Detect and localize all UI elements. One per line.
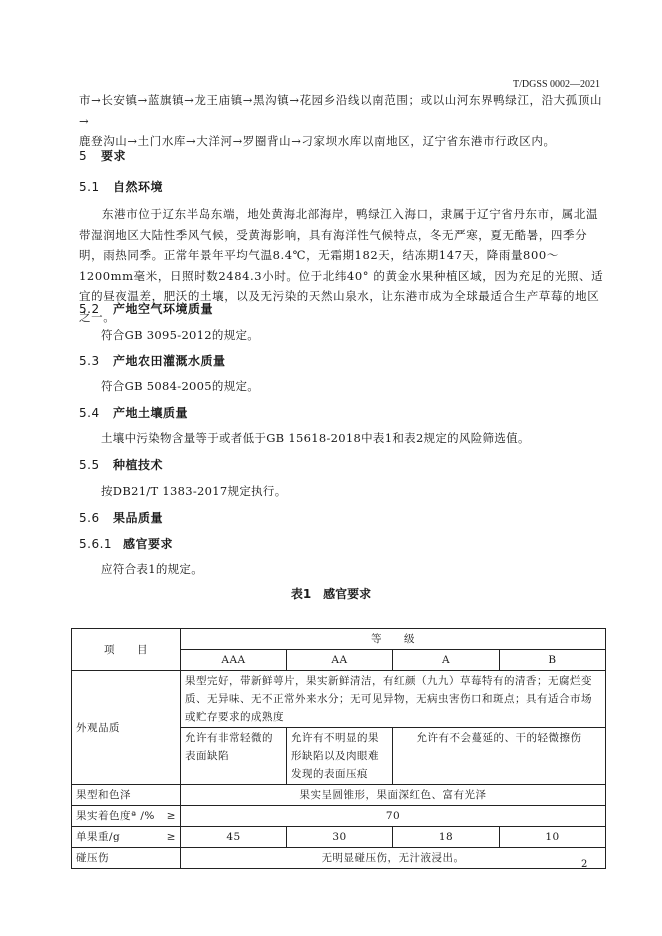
heading-5-4: 5.4产地土壤质量 [79,404,188,421]
paragraph-5-3: 符合GB 5084-2005的规定。 [101,378,259,394]
table-row: 碰压伤 无明显碰压伤，无汁液浸出。 [72,848,606,869]
shape-color-label: 果型和色泽 [72,785,181,806]
heading-5-2: 5.2产地空气环境质量 [79,300,213,317]
table-header-row: 项 目 等 级 [72,629,606,650]
intro-paragraph: 市→长安镇→蓝旗镇→龙王庙镇→黑沟镇→花园乡沿线以南范围；或以山河东界鸭绿江，沿… [79,90,606,152]
appearance-label: 外观品质 [72,671,181,785]
intro-line-2: 鹿登沟山→土门水库→大洋河→罗圈背山→刁家坝水库以南地区，辽宁省东港市行政区内。 [79,131,606,152]
header-grade: 等 级 [181,629,606,650]
bruise-value: 无明显碰压伤，无汁液浸出。 [181,848,606,869]
bruise-label: 碰压伤 [72,848,181,869]
table-row: 果实着色度ª /%≥ 70 [72,806,606,827]
grade-aaa: AAA [181,650,287,671]
heading-5-5: 5.5种植技术 [79,456,163,473]
weight-label: 单果重/g≥ [72,827,181,848]
table-row: 单果重/g≥ 45 30 18 10 [72,827,606,848]
header-item: 项 目 [72,629,181,671]
coloring-value: 70 [181,806,606,827]
table-row: 外观品质 果型完好，带新鲜萼片，果实新鲜清洁，有红颜（九九）草莓特有的清香；无腐… [72,671,606,728]
heading-5-6: 5.6果品质量 [79,509,163,526]
table-caption: 表1 感官要求 [0,585,662,602]
appearance-a-b: 允许有不会蔓延的、干的轻微擦伤 [393,728,606,785]
document-id: T/DGSS 0002—2021 [513,79,600,90]
weight-b: 10 [500,827,606,848]
sensory-requirements-table: 项 目 等 级 AAA AA A B 外观品质 果型完好，带新鲜萼片，果实新鲜清… [71,628,606,869]
intro-line-1: 市→长安镇→蓝旗镇→龙王庙镇→黑沟镇→花园乡沿线以南范围；或以山河东界鸭绿江，沿… [79,90,606,131]
paragraph-5-5: 按DB21/T 1383-2017规定执行。 [101,483,287,499]
weight-aaa: 45 [181,827,287,848]
page-number: 2 [581,859,587,870]
heading-5-1: 5.1自然环境 [79,178,163,195]
coloring-label: 果实着色度ª /%≥ [72,806,181,827]
paragraph-5-2: 符合GB 3095-2012的规定。 [101,327,259,343]
appearance-aa: 允许有不明显的果形缺陷以及肉眼难发现的表面压痕 [287,728,393,785]
heading-5-3: 5.3产地农田灌溉水质量 [79,352,226,369]
paragraph-5-6-1: 应符合表1的规定。 [101,561,203,577]
grade-b: B [500,650,606,671]
paragraph-5-4: 土壤中污染物含量等于或者低于GB 15618-2018中表1和表2规定的风险筛选… [101,430,530,446]
heading-5-6-1: 5.6.1感官要求 [79,535,173,552]
shape-color-value: 果实呈圆锥形，果面深红色、富有光泽 [181,785,606,806]
heading-5: 5要求 [79,147,126,164]
table-row: 果型和色泽 果实呈圆锥形，果面深红色、富有光泽 [72,785,606,806]
weight-aa: 30 [287,827,393,848]
appearance-aaa: 允许有非常轻微的表面缺陷 [181,728,287,785]
appearance-common: 果型完好，带新鲜萼片，果实新鲜清洁，有红颜（九九）草莓特有的清香；无腐烂变质、无… [181,671,606,728]
grade-a: A [393,650,500,671]
weight-a: 18 [393,827,500,848]
grade-aa: AA [287,650,393,671]
